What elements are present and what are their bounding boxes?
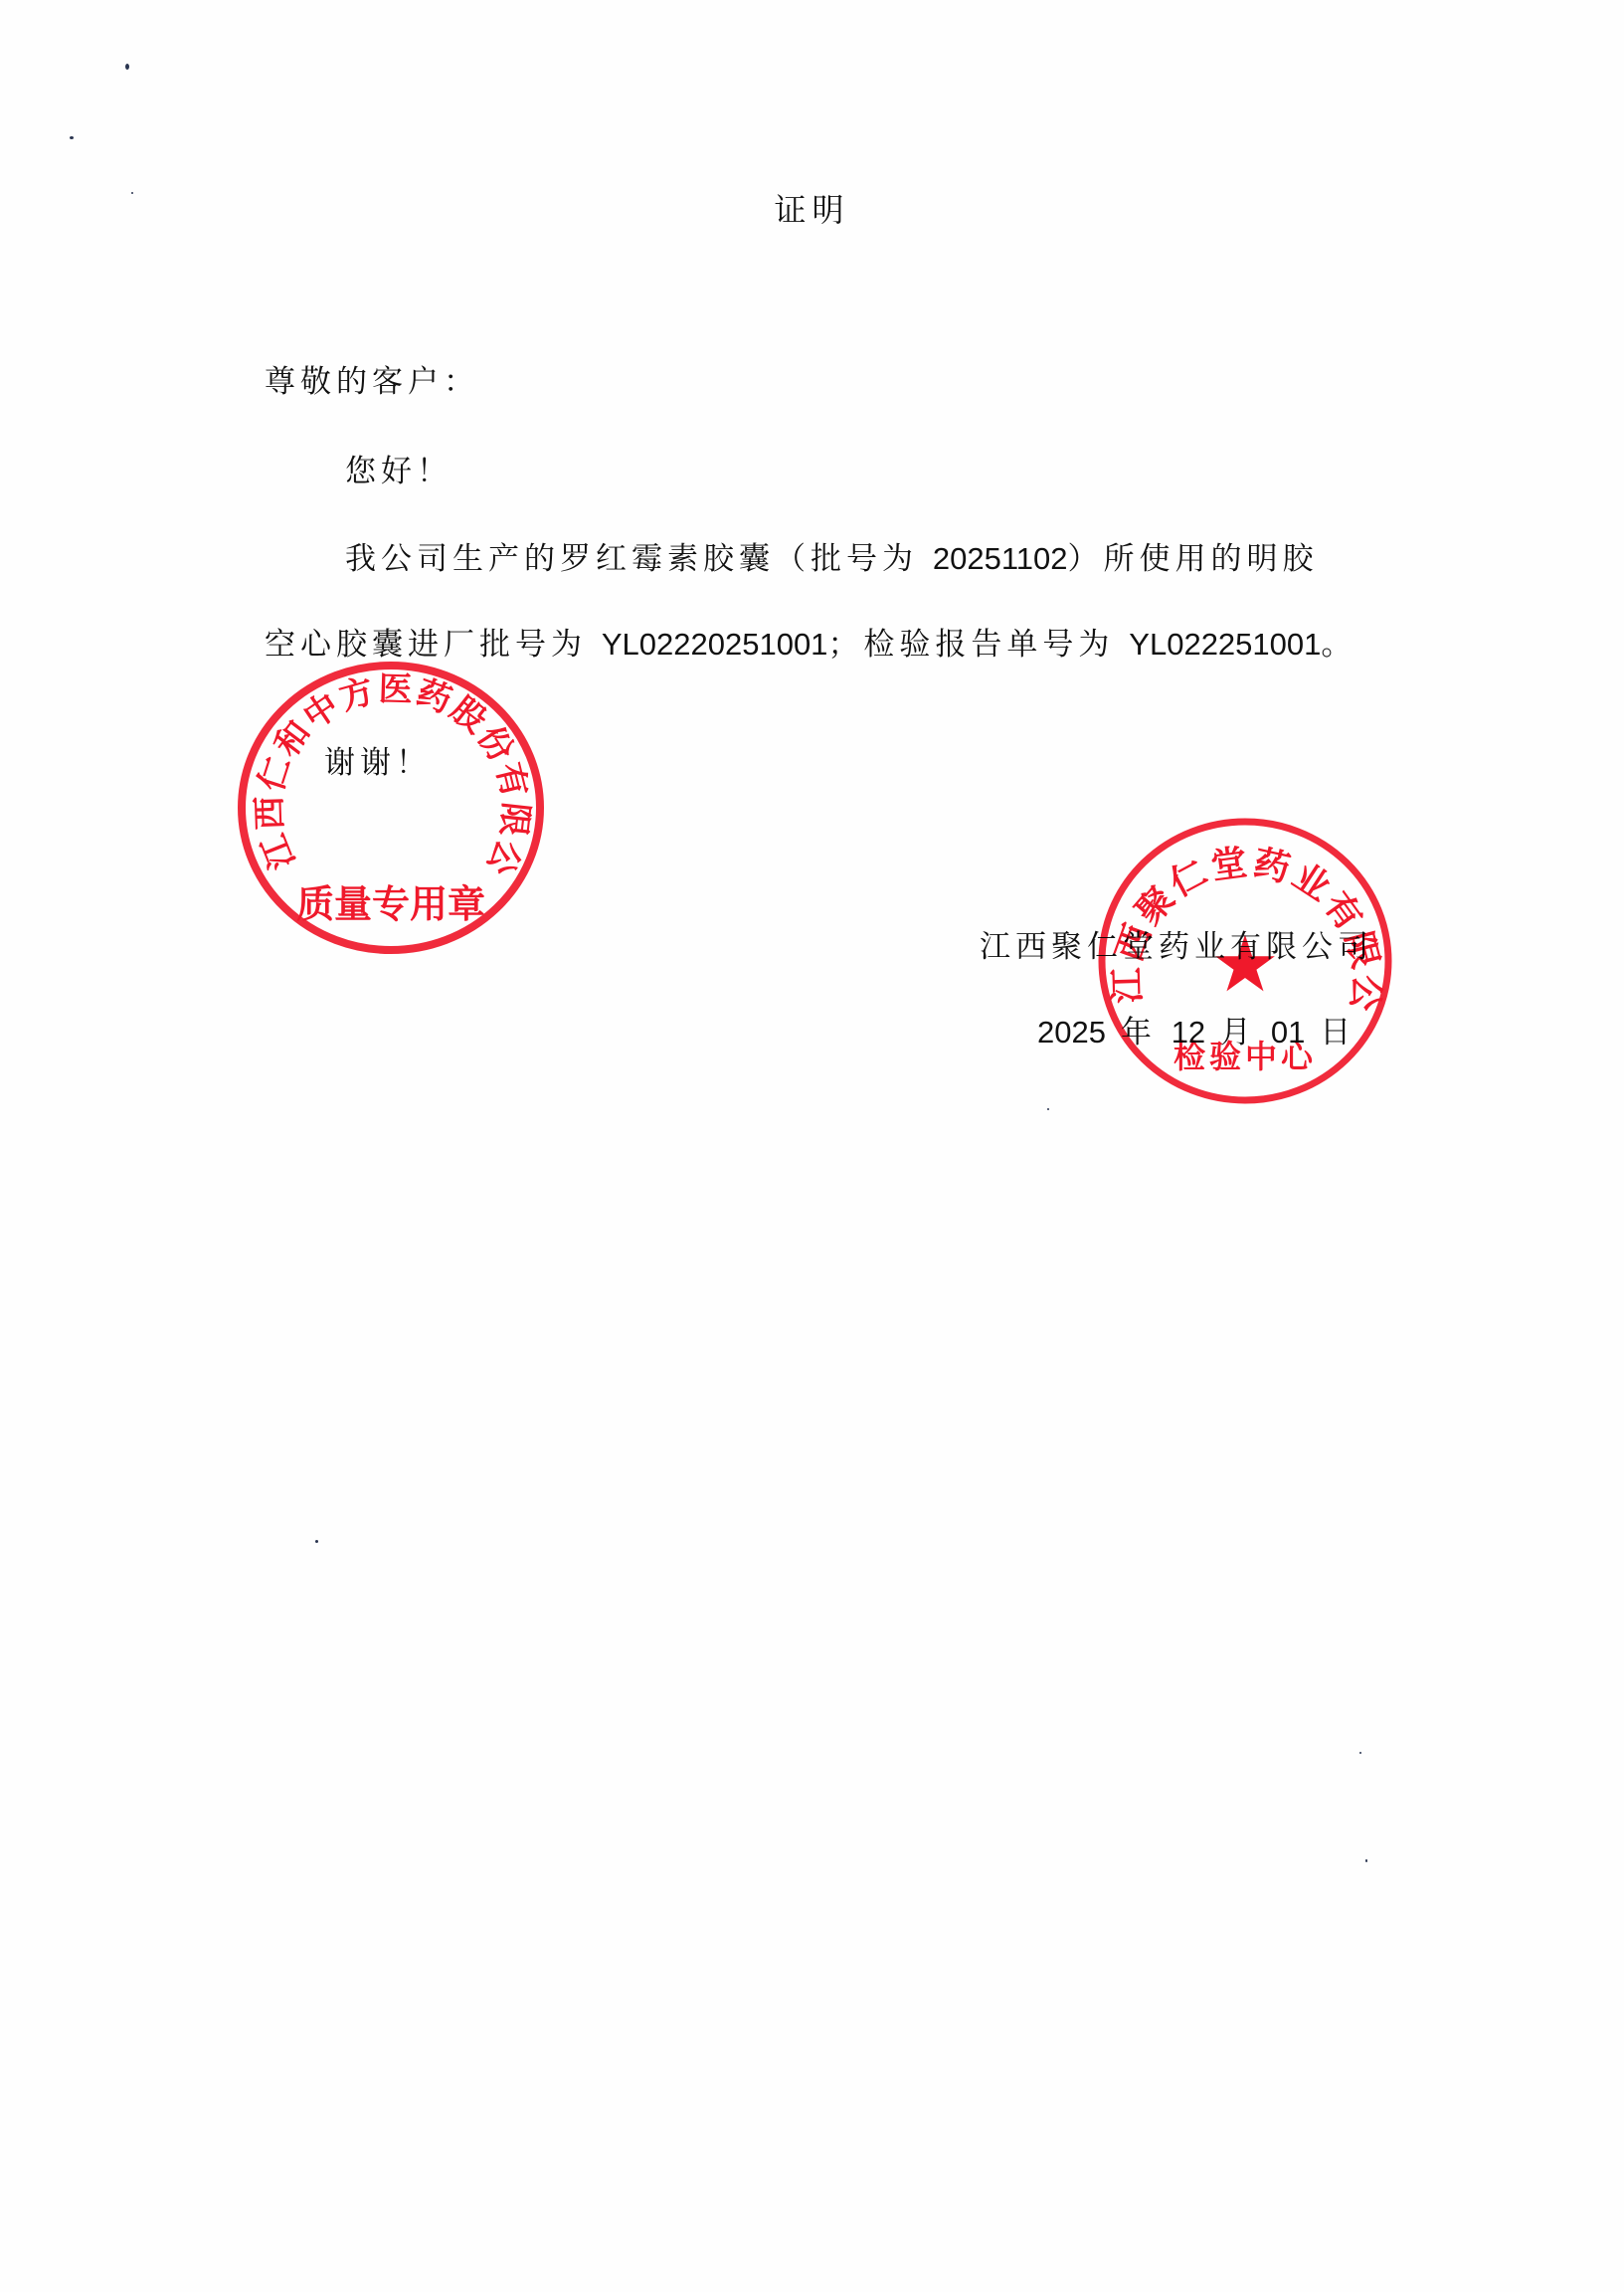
- body-line-2: 空心胶囊进厂批号为 YL02220251001；检验报告单号为 YL022251…: [265, 619, 1356, 664]
- body-line-2-suffix: 。: [1321, 627, 1356, 663]
- body-line-1: 我公司生产的罗红霉素胶囊（批号为 20251102）所使用的明胶: [345, 533, 1318, 578]
- date-month-unit: 月: [1205, 1015, 1271, 1050]
- inspection-report-number: YL022251001: [1129, 627, 1321, 662]
- scan-speck: [315, 1540, 318, 1543]
- quality-seal-stamp: 江西仁和中方医药股份有限公司 质量专用章: [235, 659, 547, 957]
- date-year-unit: 年: [1106, 1015, 1172, 1050]
- greeting: 您好！: [345, 446, 452, 490]
- document-title: 证明: [0, 185, 1624, 231]
- salutation: 尊敬的客户：: [265, 356, 479, 401]
- scan-speck: [131, 192, 133, 194]
- scan-speck: [1359, 1752, 1361, 1754]
- scan-speck: [125, 64, 129, 70]
- body-line-2-middle: ；检验报告单号为: [827, 627, 1129, 663]
- product-batch-number: 20251102: [933, 541, 1068, 576]
- scan-speck: [70, 136, 74, 139]
- date-day-unit: 日: [1305, 1015, 1355, 1050]
- date-day: 01: [1271, 1015, 1305, 1050]
- body-line-2-prefix: 空心胶囊进厂批号为: [265, 627, 602, 663]
- scan-speck: [1365, 1859, 1367, 1862]
- body-line-1-prefix: 我公司生产的罗红霉素胶囊（批号为: [345, 541, 933, 577]
- document-page: 证明 尊敬的客户： 您好！ 我公司生产的罗红霉素胶囊（批号为 20251102）…: [0, 0, 1624, 2292]
- body-line-1-suffix: ）所使用的明胶: [1067, 541, 1318, 577]
- scan-speck: [1047, 1108, 1049, 1110]
- date-month: 12: [1172, 1015, 1205, 1050]
- signatory-company: 江西聚仁堂药业有限公司: [980, 921, 1373, 966]
- company-seal-ring-text: 江西聚仁堂药业有限公司: [1074, 782, 1386, 1016]
- capsule-incoming-batch-number: YL02220251001: [602, 627, 828, 662]
- document-date: 2025 年 12 月 01 日: [1037, 1007, 1355, 1051]
- quality-seal-graphic: 江西仁和中方医药股份有限公司 质量专用章: [235, 659, 547, 957]
- date-year: 2025: [1037, 1015, 1106, 1050]
- quality-seal-center-text: 质量专用章: [296, 882, 485, 926]
- closing-thanks: 谢谢！: [324, 737, 432, 782]
